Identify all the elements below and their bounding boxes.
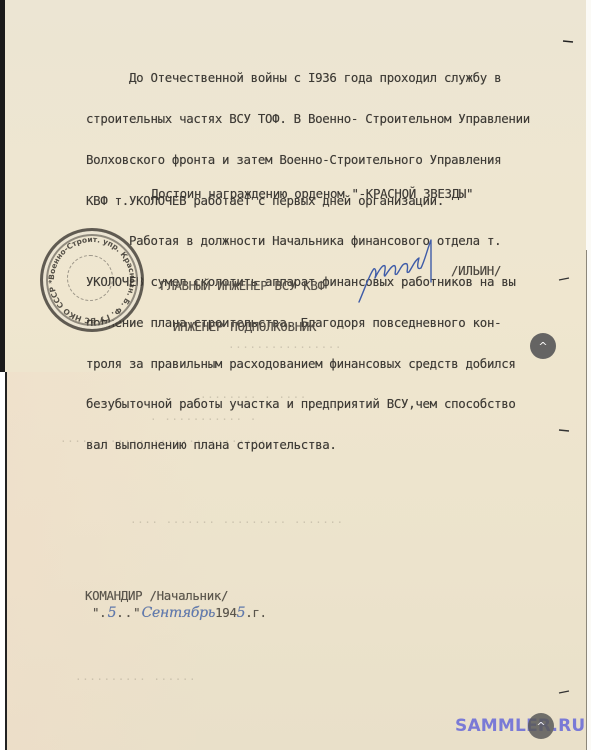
bleed-through-text: .... ....... ......... ....... — [130, 513, 344, 526]
text-line: безубыточной работы участка и предприяти… — [86, 397, 530, 411]
scroll-to-top-button-secondary[interactable]: ^ — [528, 713, 554, 739]
bleed-through-text: ..... ...... ....... ........ — [60, 432, 267, 445]
text-line: Волховского фронта и затем Военно-Строит… — [86, 153, 530, 167]
bleed-through-text: ........ . .... — [200, 388, 307, 401]
date-line: ".5.."Сентябрь1945.г. — [92, 606, 267, 621]
date-year-prefix: 194 — [215, 605, 236, 620]
signatory-title: ГЛАВНЫЙ ИНЖЕНЕР ВСУ КВФ ИНЖЕНЕР ПОДПОЛКО… — [160, 252, 325, 347]
stamp-ring-text: Военно-Строит. упр. Краснозн. Б. Ф. ГУ В… — [43, 231, 141, 329]
text-line: Работая в должности Начальника финансово… — [86, 234, 530, 248]
bleed-through-text: ................ — [228, 338, 342, 351]
commander-label: КОМАНДИР /Начальник/ — [85, 589, 228, 603]
site-watermark: SAMMLER.RU — [455, 716, 585, 736]
date-day: 5 — [108, 605, 117, 621]
chevron-up-icon: ^ — [536, 720, 545, 733]
signatory-title-line: ГЛАВНЫЙ ИНЖЕНЕР ВСУ КВФ — [160, 279, 325, 293]
award-recommendation: Достоин награждению орденом "-КРАСНОЙ ЗВ… — [151, 187, 473, 201]
handwritten-signature — [355, 236, 445, 306]
page-fold-line — [586, 250, 587, 750]
scroll-to-top-button[interactable]: ^ — [530, 333, 556, 359]
bleed-through-text: . ........... . — [150, 410, 257, 423]
text-line: До Отечественной войны с I936 года прохо… — [86, 71, 530, 85]
official-stamp: Военно-Строит. упр. Краснозн. Б. Ф. ГУ В… — [40, 228, 144, 332]
punch-hole-mark — [557, 277, 571, 282]
signatory-name: /ИЛЬИН/ — [451, 264, 501, 278]
punch-hole-mark — [557, 428, 571, 433]
date-month: Сентябрь — [142, 605, 216, 621]
scan-edge-dark — [0, 0, 5, 372]
date-year-suffix: 5 — [237, 605, 246, 621]
chevron-up-icon: ^ — [538, 340, 547, 353]
text-line: строительных частях ВСУ ТОФ. В Военно- С… — [86, 112, 530, 126]
punch-hole-mark — [561, 39, 575, 44]
signatory-rank-line: ИНЖЕНЕР ПОДПОЛКОВНИК — [160, 320, 325, 334]
bleed-through-text: .......... ...... — [75, 670, 196, 683]
text-line: троля за правильным расходованием финанс… — [86, 357, 530, 371]
scan-edge-thin — [5, 372, 7, 750]
svg-text:Военно-Строит. упр. Краснозн.: Военно-Строит. упр. Краснозн. Б. Ф. ГУ В… — [43, 231, 137, 325]
date-suffix: .г. — [245, 605, 266, 620]
punch-hole-mark — [557, 690, 571, 695]
